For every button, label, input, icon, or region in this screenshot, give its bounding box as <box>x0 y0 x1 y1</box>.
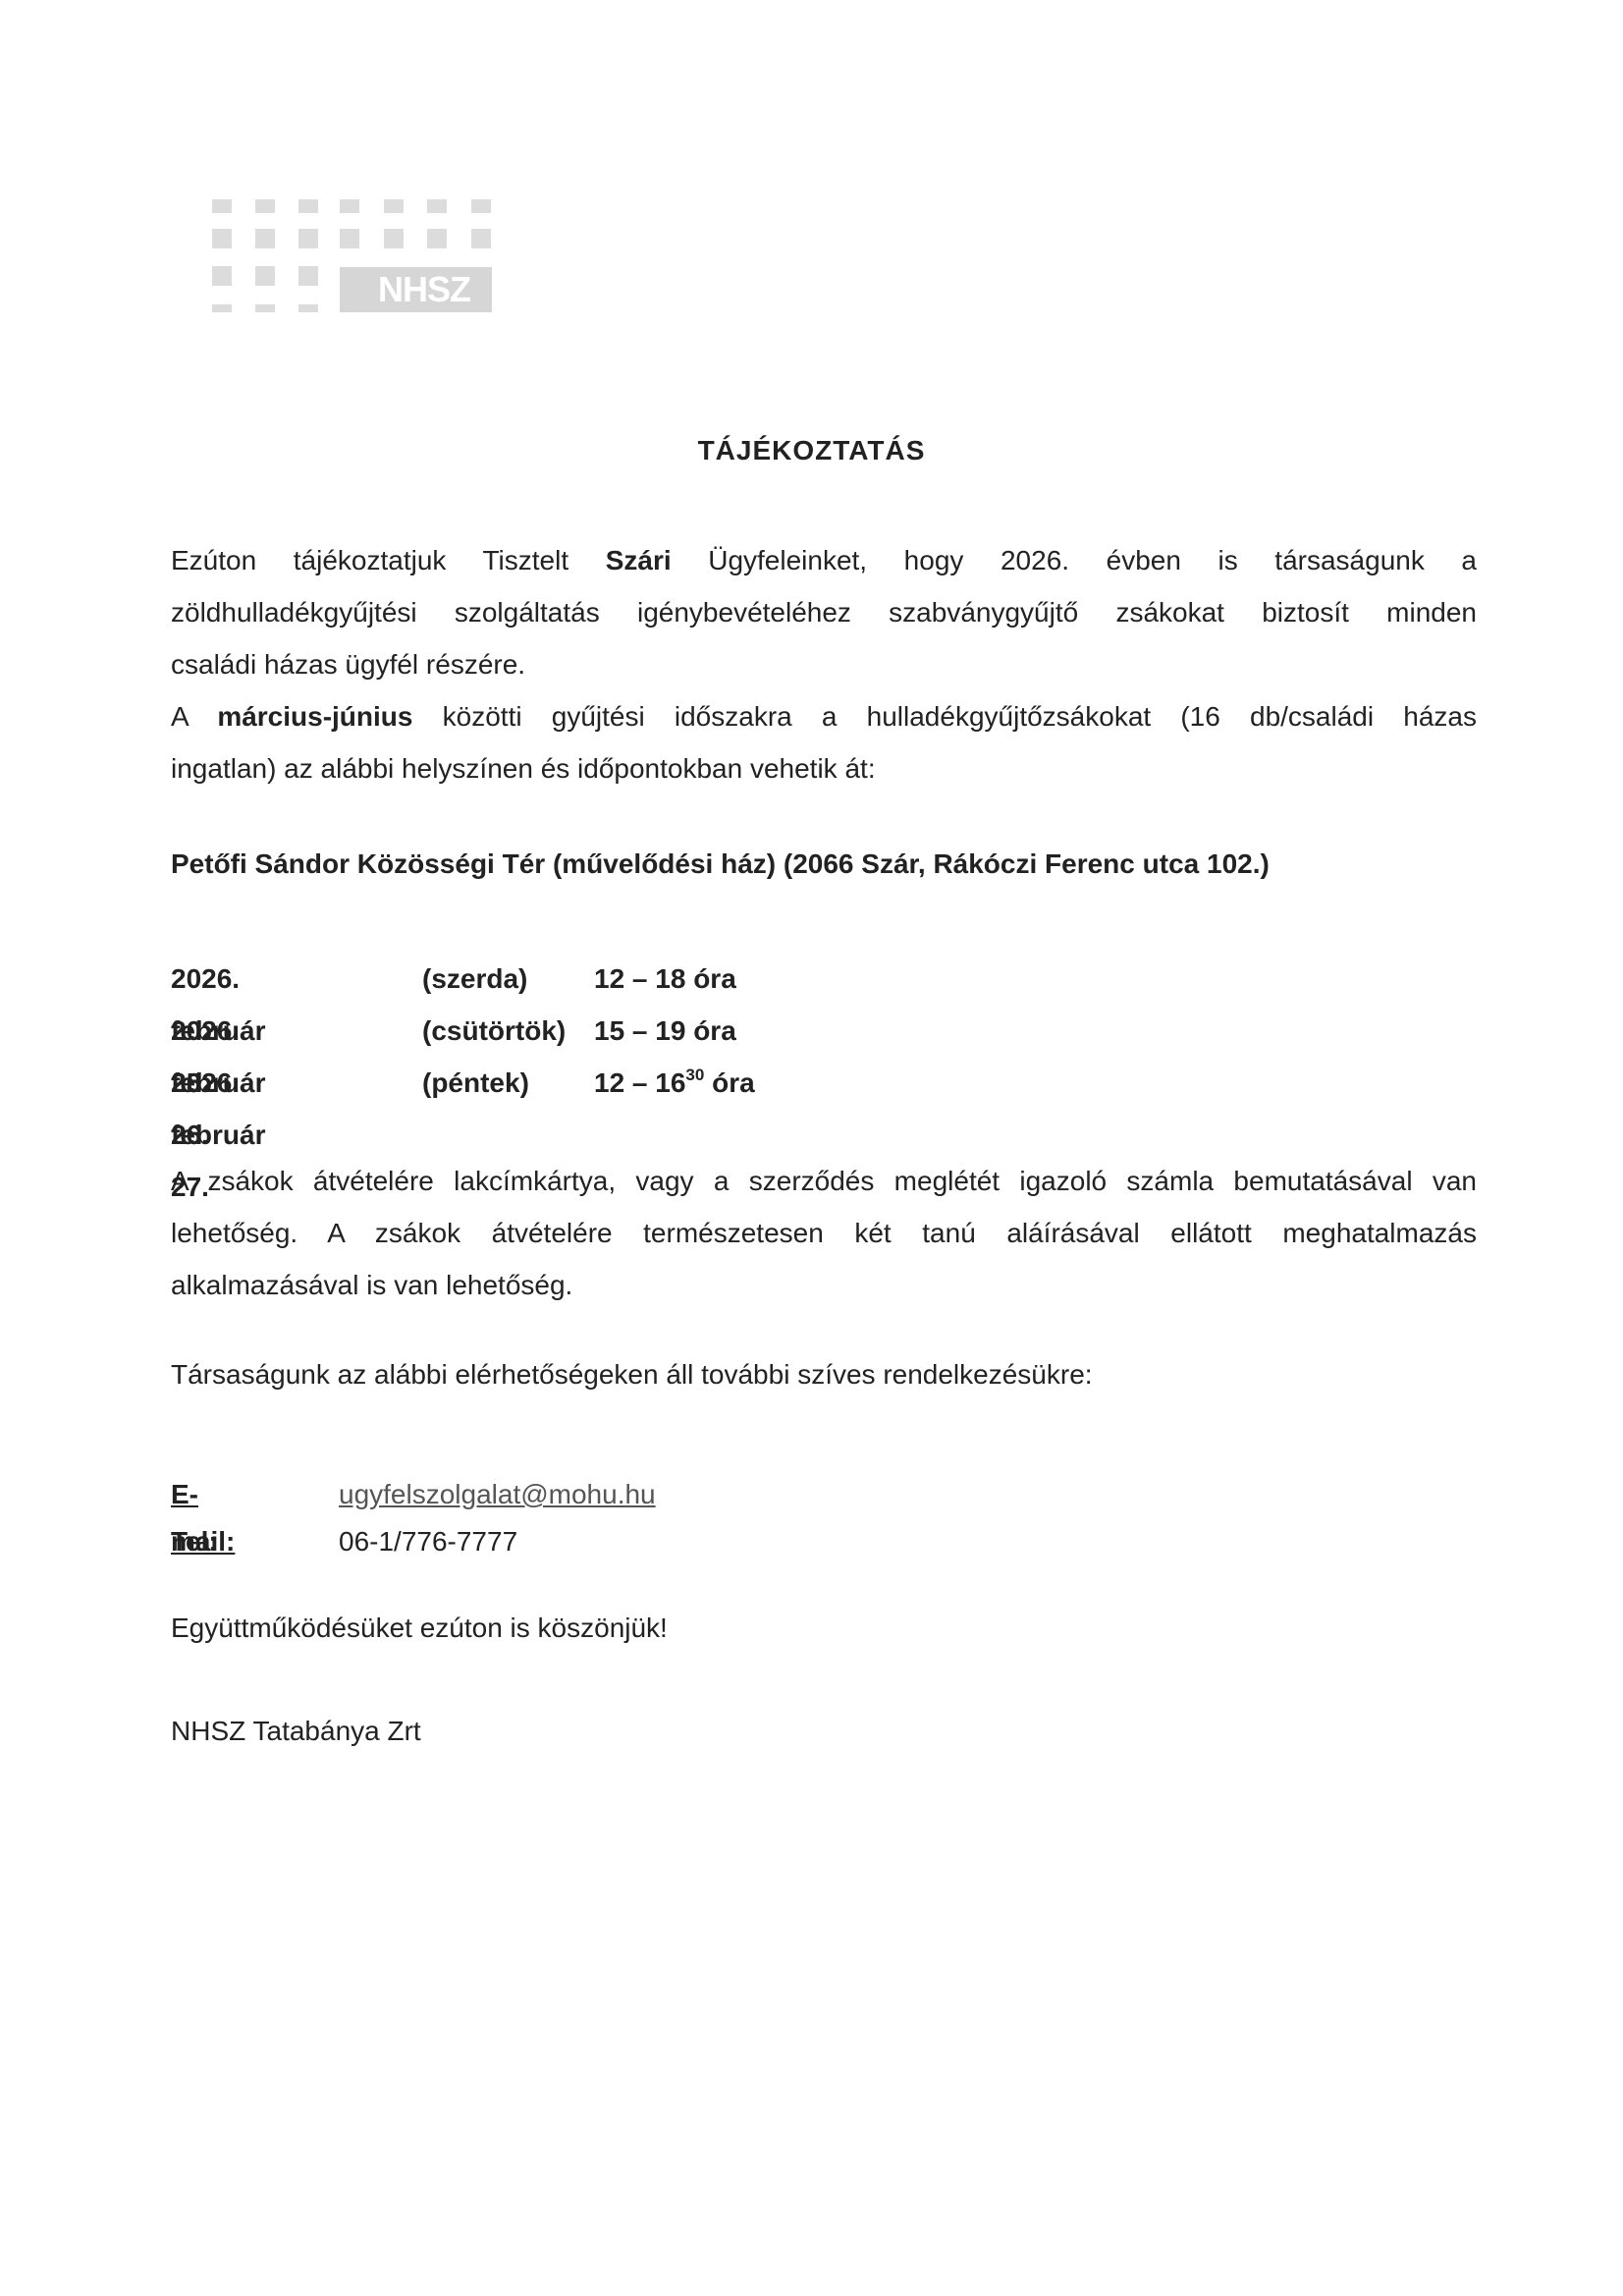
emphasis-text: Szári <box>606 545 672 575</box>
schedule-time: 12 – 18 óra <box>594 953 736 1005</box>
schedule-time: 15 – 19 óra <box>594 1005 736 1057</box>
pickup-info-line: lehetőség. A zsákok átvételére természet… <box>171 1207 1477 1259</box>
nhsz-logo: NHSZ <box>212 196 497 319</box>
intro-line: családi házas ügyfél részére. <box>171 638 1477 690</box>
phone-value: 06-1/776-7777 <box>339 1518 517 1565</box>
pickup-info-paragraph: A zsákok átvételére lakcímkártya, vagy a… <box>171 1155 1477 1311</box>
pickup-location: Petőfi Sándor Közösségi Tér (művelődési … <box>171 848 1270 880</box>
schedule-day: (péntek) <box>422 1057 529 1109</box>
logo-brand-text: NHSZ <box>340 267 492 312</box>
contact-intro: Társaságunk az alábbi elérhetőségeken ál… <box>171 1359 1093 1391</box>
pickup-info-line: alkalmazásával is van lehetőség. <box>171 1259 1477 1311</box>
intro-line: zöldhulladékgyűjtési szolgáltatás igényb… <box>171 586 1477 638</box>
schedule-time: 12 – 1630 óra <box>594 1057 755 1109</box>
signature: NHSZ Tatabánya Zrt <box>171 1716 421 1747</box>
intro-paragraph: Ezúton tájékoztatjuk Tisztelt Szári Ügyf… <box>171 534 1477 794</box>
pickup-info-line: A zsákok átvételére lakcímkártya, vagy a… <box>171 1155 1477 1207</box>
page-title: TÁJÉKOZTATÁS <box>0 435 1623 466</box>
phone-label: Tel: <box>171 1518 218 1565</box>
intro-line: Ezúton tájékoztatjuk Tisztelt Szári Ügyf… <box>171 534 1477 586</box>
intro-line: ingatlan) az alábbi helyszínen és időpon… <box>171 742 1477 794</box>
document-page: NHSZ TÁJÉKOZTATÁS Ezúton tájékoztatjuk T… <box>0 0 1623 2296</box>
emphasis-text: március-június <box>217 701 412 732</box>
schedule-day: (szerda) <box>422 953 527 1005</box>
intro-line: A március-június közötti gyűjtési idősza… <box>171 690 1477 742</box>
email-link[interactable]: ugyfelszolgalat@mohu.hu <box>339 1471 656 1518</box>
schedule-day: (csütörtök) <box>422 1005 566 1057</box>
thanks-text: Együttműködésüket ezúton is köszönjük! <box>171 1613 668 1644</box>
